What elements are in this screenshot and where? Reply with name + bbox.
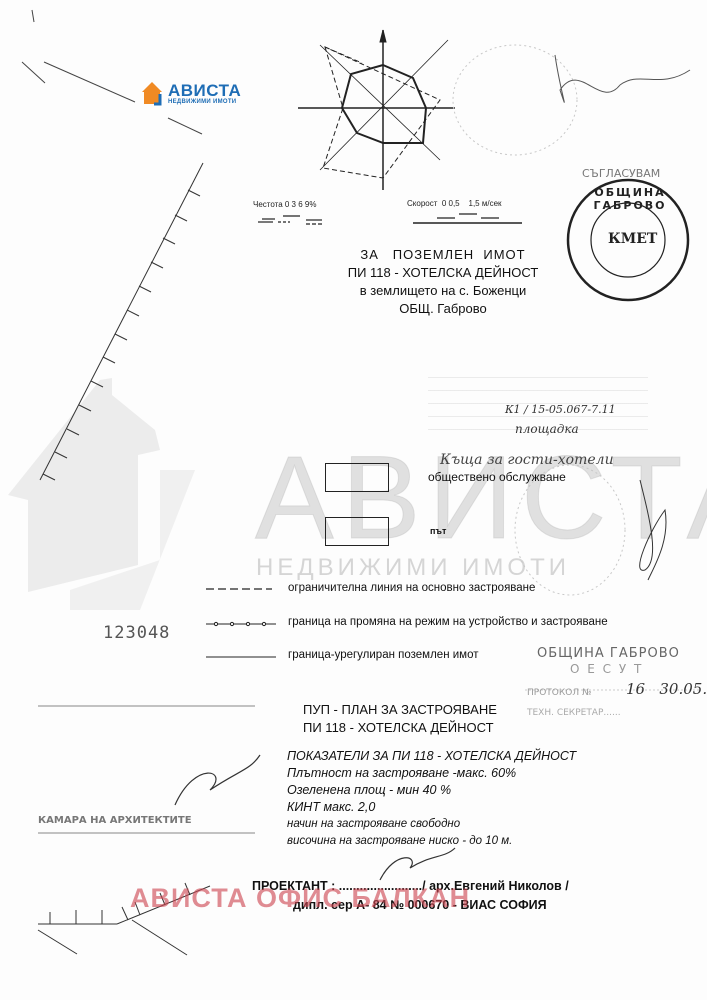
legend-label-building-line: ограничителна линия на основно застроява… xyxy=(288,582,535,594)
handwritten-purpose: Къща за гости-хотели xyxy=(440,452,614,468)
plan-title: ПУП - ПЛАН ЗА ЗАСТРОЯВАНЕ ПИ 118 - ХОТЕЛ… xyxy=(303,701,497,737)
title-block: ЗА ПОЗЕМЛЕН ИМОТ ПИ 118 - ХОТЕЛСКА ДЕЙНО… xyxy=(318,246,568,318)
indicators-heading: ПОКАЗАТЕЛИ ЗА ПИ 118 - ХОТЕЛСКА ДЕЙНОСТ xyxy=(287,748,576,765)
avista-logo: АВИСТА НЕДВИЖИМИ ИМОТИ xyxy=(140,80,241,106)
legend-label-regime-boundary: граница на промяна на режим на устройств… xyxy=(288,616,608,628)
frequency-label: Честота 0 3 6 9% xyxy=(253,200,316,209)
plan-title-line-1: ПУП - ПЛАН ЗА ЗАСТРОЯВАНЕ xyxy=(303,701,497,719)
legend-label-public-service: обществено обслужване xyxy=(428,470,566,484)
seal-center-text: КМЕТ xyxy=(608,231,657,247)
architect-chamber-stamp: КАМАРА НА АРХИТЕКТИТЕ xyxy=(38,815,192,826)
document-number: 123048 xyxy=(103,623,170,643)
oesut-label: О Е С У Т xyxy=(570,662,643,676)
indicator-height: височина на застрояване ниско - до 10 м. xyxy=(287,833,576,850)
site-plan-drawing xyxy=(0,0,707,1000)
legend-box-public-service xyxy=(325,463,389,492)
seal-ring-text: ОБЩИНА ГАБРОВО xyxy=(580,186,680,212)
legend-box-road xyxy=(325,517,389,546)
title-line-4: ОБЩ. Габрово xyxy=(318,300,568,318)
house-logo-icon xyxy=(140,80,164,106)
oesut-municipality: ОБЩИНА ГАБРОВО xyxy=(537,646,680,661)
secretary-label: ТЕХН. СЕКРЕТАР...... xyxy=(527,708,621,718)
office-watermark: АВИСТА ОФИС БАЛКАН xyxy=(130,883,470,914)
wind-rose xyxy=(298,30,455,190)
logo-name: АВИСТА xyxy=(168,82,241,99)
legend-label-road: път xyxy=(430,526,446,536)
speed-label: Скорост 0 0,5 1,5 м/сек xyxy=(407,199,502,208)
handwritten-reg-number: К1 / 15-05.067-7.11 xyxy=(505,403,616,416)
title-line-1: ЗА ПОЗЕМЛЕН ИМОТ xyxy=(318,246,568,264)
indicator-kint: КИНТ макс. 2,0 xyxy=(287,799,576,816)
approve-label: СЪГЛАСУВАМ xyxy=(582,167,660,180)
title-line-3: в землището на с. Боженци xyxy=(318,282,568,300)
handwritten-area: площадка xyxy=(515,422,579,436)
protocol-label: ПРОТОКОЛ № xyxy=(527,688,591,698)
protocol-value: 16 30.05. xyxy=(626,680,707,698)
indicators-block: ПОКАЗАТЕЛИ ЗА ПИ 118 - ХОТЕЛСКА ДЕЙНОСТ … xyxy=(287,748,576,850)
plan-title-line-2: ПИ 118 - ХОТЕЛСКА ДЕЙНОСТ xyxy=(303,719,497,737)
title-line-2: ПИ 118 - ХОТЕЛСКА ДЕЙНОСТ xyxy=(318,264,568,282)
indicator-density: Плътност на застрояване -макс. 60% xyxy=(287,765,576,782)
logo-subtitle: НЕДВИЖИМИ ИМОТИ xyxy=(168,99,241,105)
indicator-build-mode: начин на застрояване свободно xyxy=(287,816,576,833)
indicator-green-area: Озеленена площ - мин 40 % xyxy=(287,782,576,799)
legend-label-plot-boundary: граница-урегулиран поземлен имот xyxy=(288,649,478,661)
